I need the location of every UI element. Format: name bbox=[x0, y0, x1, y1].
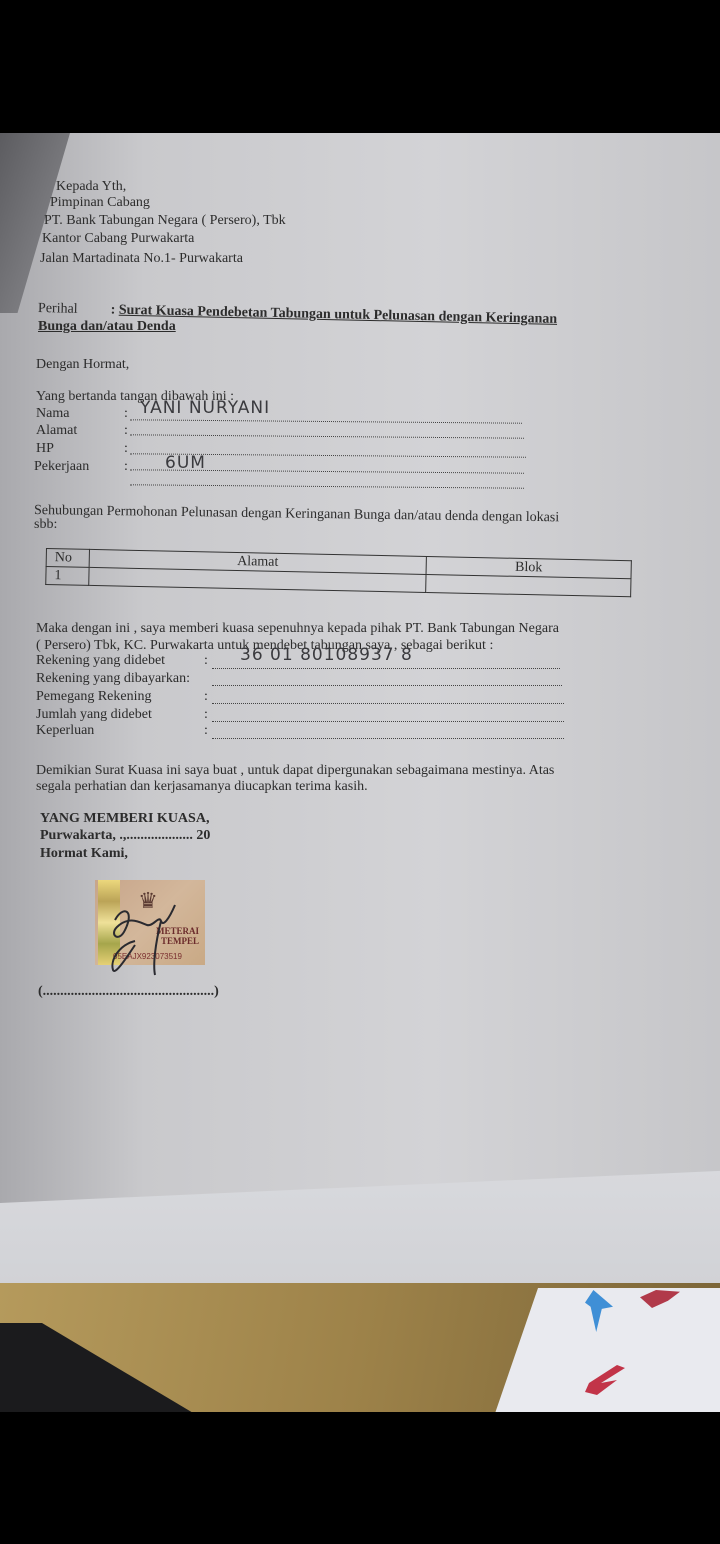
authorization-line-1: Maka dengan ini , saya memberi kuasa sep… bbox=[36, 620, 559, 637]
debit-line-jumlah[interactable] bbox=[212, 721, 564, 722]
handwritten-signature bbox=[95, 875, 205, 985]
subject-text-line-2: Bunga dan/atau Denda bbox=[38, 318, 176, 335]
field-label-hp: HP bbox=[36, 440, 54, 457]
debit-label-rekening: Rekening yang didebet bbox=[36, 652, 165, 669]
debit-label-pemegang: Pemegang Rekening bbox=[36, 688, 151, 705]
closing-line-2: segala perhatian dan kerjasamanya diucap… bbox=[36, 778, 368, 795]
recipient-line-1: Kepada Yth, bbox=[56, 178, 126, 195]
table-header-no: No bbox=[46, 549, 89, 568]
field-label-nama: Nama bbox=[36, 405, 69, 422]
debit-line-dibayarkan[interactable] bbox=[212, 685, 562, 686]
salutation: Dengan Hormat, bbox=[36, 356, 129, 373]
debit-line-rekening bbox=[212, 668, 560, 669]
signature-name-placeholder[interactable]: (.......................................… bbox=[38, 983, 219, 1000]
debit-line-pemegang[interactable] bbox=[212, 703, 564, 704]
field-label-pekerjaan: Pekerjaan bbox=[34, 458, 89, 475]
debit-value-rekening[interactable]: 36 01 80108937 8 bbox=[240, 647, 413, 664]
request-text-line-2: sbb: bbox=[34, 516, 57, 533]
signature-title: YANG MEMBERI KUASA, bbox=[40, 810, 209, 827]
subject-label: Perihal bbox=[38, 301, 78, 317]
signature-regards: Hormat Kami, bbox=[40, 845, 128, 862]
table-cell-no: 1 bbox=[46, 567, 89, 586]
debit-label-dibayarkan: Rekening yang dibayarkan: bbox=[36, 670, 190, 687]
debit-label-keperluan: Keperluan bbox=[36, 722, 94, 739]
field-value-nama[interactable]: YANI NURYANI bbox=[140, 400, 270, 417]
closing-line-1: Demikian Surat Kuasa ini saya buat , unt… bbox=[36, 762, 554, 779]
recipient-line-5: Jalan Martadinata No.1- Purwakarta bbox=[40, 250, 243, 267]
field-label-alamat: Alamat bbox=[36, 422, 77, 439]
subject-colon: : bbox=[110, 303, 115, 318]
recipient-line-4: Kantor Cabang Purwakarta bbox=[42, 230, 194, 247]
recipient-line-2: Pimpinan Cabang bbox=[50, 194, 150, 211]
table-cell-blok[interactable] bbox=[426, 574, 631, 596]
recipient-line-3: PT. Bank Tabungan Negara ( Persero), Tbk bbox=[44, 212, 286, 229]
signature-place-date: Purwakarta, .,................... 20 bbox=[40, 827, 210, 844]
debit-line-keperluan[interactable] bbox=[212, 738, 564, 739]
debit-label-jumlah: Jumlah yang didebet bbox=[36, 706, 152, 723]
